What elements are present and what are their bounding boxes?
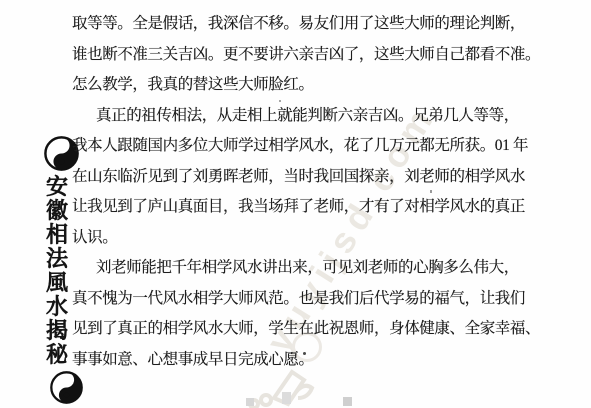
- text-line: 认识。: [72, 223, 530, 254]
- vertical-title-char: 揭: [46, 319, 68, 343]
- body-text: 取等等。全是假话，我深信不移。易友们用了这些大师的理论判断， 谁也断不准三关吉凶…: [72, 9, 530, 375]
- scan-artifact: [430, 190, 432, 193]
- text-line: 真正的祖传相法，从走相上就能判断六亲吉凶。兄弟几人等等，: [72, 101, 530, 132]
- vertical-title-chars: 安 徽 相 法 風 水 揭 秘: [46, 175, 68, 367]
- scan-artifact: [279, 100, 281, 102]
- text-line: 让我见到了庐山真面目，我当场拜了老师，才有了对相学风水的真正: [72, 192, 530, 223]
- text-line: 真不愧为一代风水相学大师风范。也是我们后代学易的福气，让我们: [72, 284, 530, 315]
- scan-artifact: [343, 397, 352, 406]
- text-line: 见到了真正的相学风水大师，学生在此祝恩师，身体健康、全家幸福、: [72, 314, 530, 345]
- vertical-title-char: 秘: [46, 343, 68, 367]
- text-line: 谁也断不准三关吉凶。更不要讲六亲吉凶了，这些大师自己都看不准。: [72, 40, 530, 71]
- text-line: 刘老师能把千年相学风水讲出来，可见刘老师的心胸多么伟大，: [72, 253, 530, 284]
- vertical-title-char: 法: [46, 247, 68, 271]
- text-line: 取等等。全是假话，我深信不移。易友们用了这些大师的理论判断，: [72, 9, 530, 40]
- vertical-title-char: 徽: [46, 199, 68, 223]
- text-line: 事事如意、心想事成早日完成心愿。: [72, 345, 530, 376]
- yinyang-icon-bottom: [50, 371, 83, 404]
- text-line: 怎么教学，我真的替这些大师脸红。: [72, 70, 530, 101]
- scan-artifact: [303, 352, 306, 355]
- vertical-title-char: 安: [46, 175, 68, 199]
- scan-artifact: [246, 398, 254, 406]
- scanned-page: yuyijsd.com 安 徽 相 法 風 水 揭: [0, 0, 591, 408]
- vertical-title-char: 風: [46, 271, 68, 295]
- text-line: 我本人跟随国内多位大师学过相学风水，花了几万元都无所获。01 年: [72, 131, 530, 162]
- vertical-title-char: 相: [46, 223, 68, 247]
- vertical-title-char: 水: [46, 295, 68, 319]
- text-line: 在山东临沂见到了刘勇晖老师，当时我回国探亲，刘老师的相学风水: [72, 162, 530, 193]
